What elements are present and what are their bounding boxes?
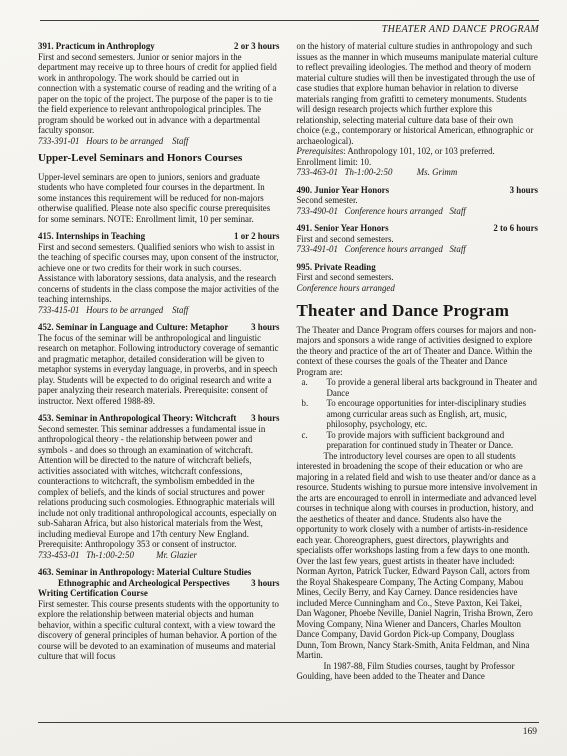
course-391-heading: 391. Practicum in Anthroplogy 2 or 3 hou… (38, 41, 280, 52)
course-490-heading: 490. Junior Year Honors 3 hours (297, 185, 539, 196)
goal-text: To provide a general liberal arts backgr… (327, 377, 539, 398)
section-heading-upper-level: Upper-Level Seminars and Honors Courses (38, 153, 280, 164)
course-491: 491. Senior Year Honors 2 to 6 hours Fir… (297, 223, 539, 255)
course-schedule: 733-491-01 Conference hours arranged Sta… (297, 244, 539, 255)
program-intro: The Theater and Dance Program offers cou… (297, 325, 539, 378)
program-paragraph-2: In 1987-88, Film Studies courses, taught… (297, 661, 539, 682)
course-title: 463. Seminar in Anthropology: Material C… (38, 567, 280, 578)
course-title: 452. Seminar in Language and Culture: Me… (38, 322, 228, 333)
course-title: 415. Internships in Teaching (38, 231, 145, 242)
course-hours: 3 hours (251, 578, 279, 589)
program-paragraph-1: The introductory level courses are open … (297, 451, 539, 661)
course-hours: 2 or 3 hours (234, 41, 279, 52)
course-title: 453. Seminar in Anthropological Theory: … (38, 413, 236, 424)
goal-item-b: b. To encourage opportunities for inter-… (297, 398, 539, 430)
goal-label: c. (297, 430, 327, 451)
course-description-continued: on the history of material culture studi… (297, 41, 539, 146)
goal-item-a: a. To provide a general liberal arts bac… (297, 377, 539, 398)
course-certification-label: Writing Certification Course (38, 588, 280, 599)
left-column: 391. Practicum in Anthroplogy 2 or 3 hou… (38, 41, 280, 682)
course-description: First and second semesters. (297, 234, 539, 245)
course-hours: 2 to 6 hours (493, 223, 538, 234)
course-hours: 3 hours (251, 322, 279, 333)
course-995: 995. Private Reading First and second se… (297, 262, 539, 294)
course-title: 391. Practicum in Anthroplogy (38, 41, 155, 52)
course-491-heading: 491. Senior Year Honors 2 to 6 hours (297, 223, 539, 234)
enrollment-limit: Enrollment limit: 10. (297, 157, 539, 168)
course-415-heading: 415. Internships in Teaching 1 or 2 hour… (38, 231, 280, 242)
course-schedule: 733-463-01 Th-1:00-2:50 Ms. Grimm (297, 167, 539, 178)
course-463-continued: on the history of material culture studi… (297, 41, 539, 178)
course-453: 453. Seminar in Anthropological Theory: … (38, 413, 280, 560)
course-schedule: Conference hours arranged (297, 283, 539, 294)
prerequisites-text: : Anthropology 101, 102, or 103 preferre… (343, 146, 495, 156)
course-hours: 3 hours (510, 185, 538, 196)
course-description: First and second semesters. Qualified se… (38, 242, 280, 305)
footer-rule (38, 722, 539, 723)
catalog-page: THEATER AND DANCE PROGRAM 391. Practicum… (0, 0, 567, 756)
course-title: 995. Private Reading (297, 262, 539, 273)
course-title: 491. Senior Year Honors (297, 223, 389, 234)
goal-text: To provide majors with sufficient backgr… (327, 430, 539, 451)
header-rule (40, 20, 539, 21)
course-453-heading: 453. Seminar in Anthropological Theory: … (38, 413, 280, 424)
program-title: Theater and Dance Program (297, 306, 539, 317)
course-title: 490. Junior Year Honors (297, 185, 390, 196)
course-prerequisites: Prerequisites: Anthropology 101, 102, or… (297, 146, 539, 157)
course-description: First and second semesters. (297, 272, 539, 283)
course-schedule: 733-391-01 Hours to be arranged Staff (38, 136, 280, 147)
prerequisites-label: Prerequisites (297, 146, 344, 156)
course-schedule: 733-490-01 Conference hours arranged Sta… (297, 206, 539, 217)
course-description: First semester. This course presents stu… (38, 599, 280, 662)
course-schedule: 733-415-01 Hours to be arranged Staff (38, 305, 280, 316)
course-description: The focus of the seminar will be anthrop… (38, 333, 280, 407)
goal-item-c: c. To provide majors with sufficient bac… (297, 430, 539, 451)
goal-label: b. (297, 398, 327, 430)
course-490: 490. Junior Year Honors 3 hours Second s… (297, 185, 539, 217)
running-header: THEATER AND DANCE PROGRAM (382, 24, 539, 35)
course-schedule: 733-453-01 Th-1:00-2:50 Mr. Glazier (38, 550, 280, 561)
right-column: on the history of material culture studi… (297, 41, 539, 682)
course-description: Second semester. This seminar addresses … (38, 424, 280, 550)
course-452-heading: 452. Seminar in Language and Culture: Me… (38, 322, 280, 333)
goal-label: a. (297, 377, 327, 398)
course-452: 452. Seminar in Language and Culture: Me… (38, 322, 280, 406)
page-content: 391. Practicum in Anthroplogy 2 or 3 hou… (38, 41, 538, 682)
goal-text: To encourage opportunities for inter-dis… (327, 398, 539, 430)
course-description: Second semester. (297, 195, 539, 206)
course-415: 415. Internships in Teaching 1 or 2 hour… (38, 231, 280, 315)
course-hours: 3 hours (251, 413, 279, 424)
course-391: 391. Practicum in Anthroplogy 2 or 3 hou… (38, 41, 280, 146)
course-463-subheading: Ethnographic and Archeological Perspecti… (38, 578, 280, 589)
page-number: 169 (523, 727, 537, 737)
course-463: 463. Seminar in Anthropology: Material C… (38, 567, 280, 662)
section-intro: Upper-level seminars are open to juniors… (38, 172, 280, 225)
course-subtitle: Ethnographic and Archeological Perspecti… (38, 578, 230, 589)
course-description: First and second semesters. Junior or se… (38, 52, 280, 136)
course-hours: 1 or 2 hours (234, 231, 279, 242)
